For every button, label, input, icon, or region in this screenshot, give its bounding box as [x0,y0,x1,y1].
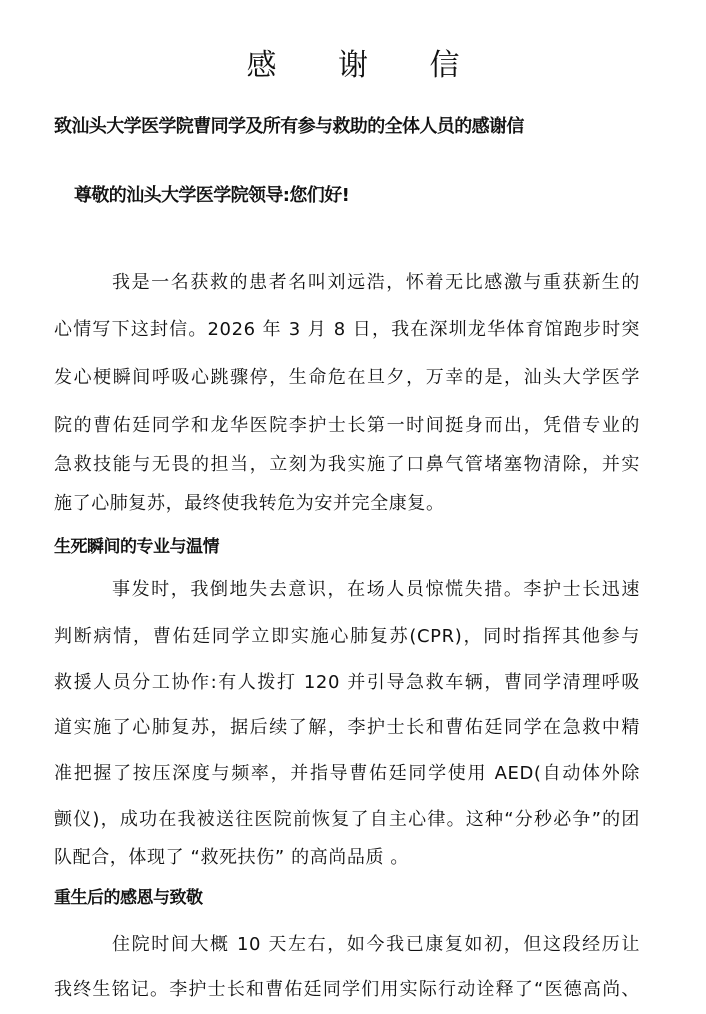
section-heading-life-death-moment: 生死瞬间的专业与温情 [54,532,219,557]
section-heading-gratitude-tribute: 重生后的感恩与致敬 [54,883,203,908]
paragraph1-line: 我是一名获救的患者名叫刘远浩，怀着无比感激与重获新生的 [112,268,640,294]
section1-line: 队配合，体现了 “救死扶伤” 的高尚品质 。 [54,843,640,869]
section1-line: 救援人员分工协作:有人拨打 120 并引导急救车辆，曹同学清理呼吸 [54,668,640,694]
thank-you-letter-document: 感 谢 信 致汕头大学医学院曹同学及所有参与救助的全体人员的感谢信 尊敬的汕头大… [0,0,706,1014]
letter-salutation: 尊敬的汕头大学医学院领导:您们好! [74,181,349,207]
paragraph1-line: 心情写下这封信。2026 年 3 月 8 日，我在深圳龙华体育馆跑步时突 [54,315,640,341]
paragraph1-line: 急救技能与无畏的担当，立刻为我实施了口鼻气管堵塞物清除，并实 [54,450,640,476]
letter-subtitle: 致汕头大学医学院曹同学及所有参与救助的全体人员的感谢信 [54,112,524,138]
section1-line: 判断病情，曹佑廷同学立即实施心肺复苏(CPR)，同时指挥其他参与 [54,622,640,648]
paragraph1-line: 院的曹佑廷同学和龙华医院李护士长第一时间挺身而出，凭借专业的 [54,411,640,437]
section1-line: 道实施了心肺复苏，据后续了解，李护士长和曹佑廷同学在急救中精 [54,713,640,739]
section1-line: 事发时，我倒地失去意识，在场人员惊慌失措。李护士长迅速 [112,575,640,601]
section1-line: 颤仪)，成功在我被送往医院前恢复了自主心律。这种“分秒必争”的团 [54,805,640,831]
section1-line: 准把握了按压深度与频率，并指导曹佑廷同学使用 AED(自动体外除 [54,759,640,785]
letter-title: 感 谢 信 [0,40,706,84]
paragraph1-line: 施了心肺复苏，最终使我转危为安并完全康复。 [54,489,640,515]
paragraph1-line: 发心梗瞬间呼吸心跳骤停，生命危在旦夕，万幸的是，汕头大学医学 [54,363,640,389]
section2-line: 住院时间大概 10 天左右，如今我已康复如初，但这段经历让 [112,930,640,956]
section2-line: 我终生铭记。李护士长和曹佑廷同学们用实际行动诠释了“医德高尚、 [54,975,640,1001]
